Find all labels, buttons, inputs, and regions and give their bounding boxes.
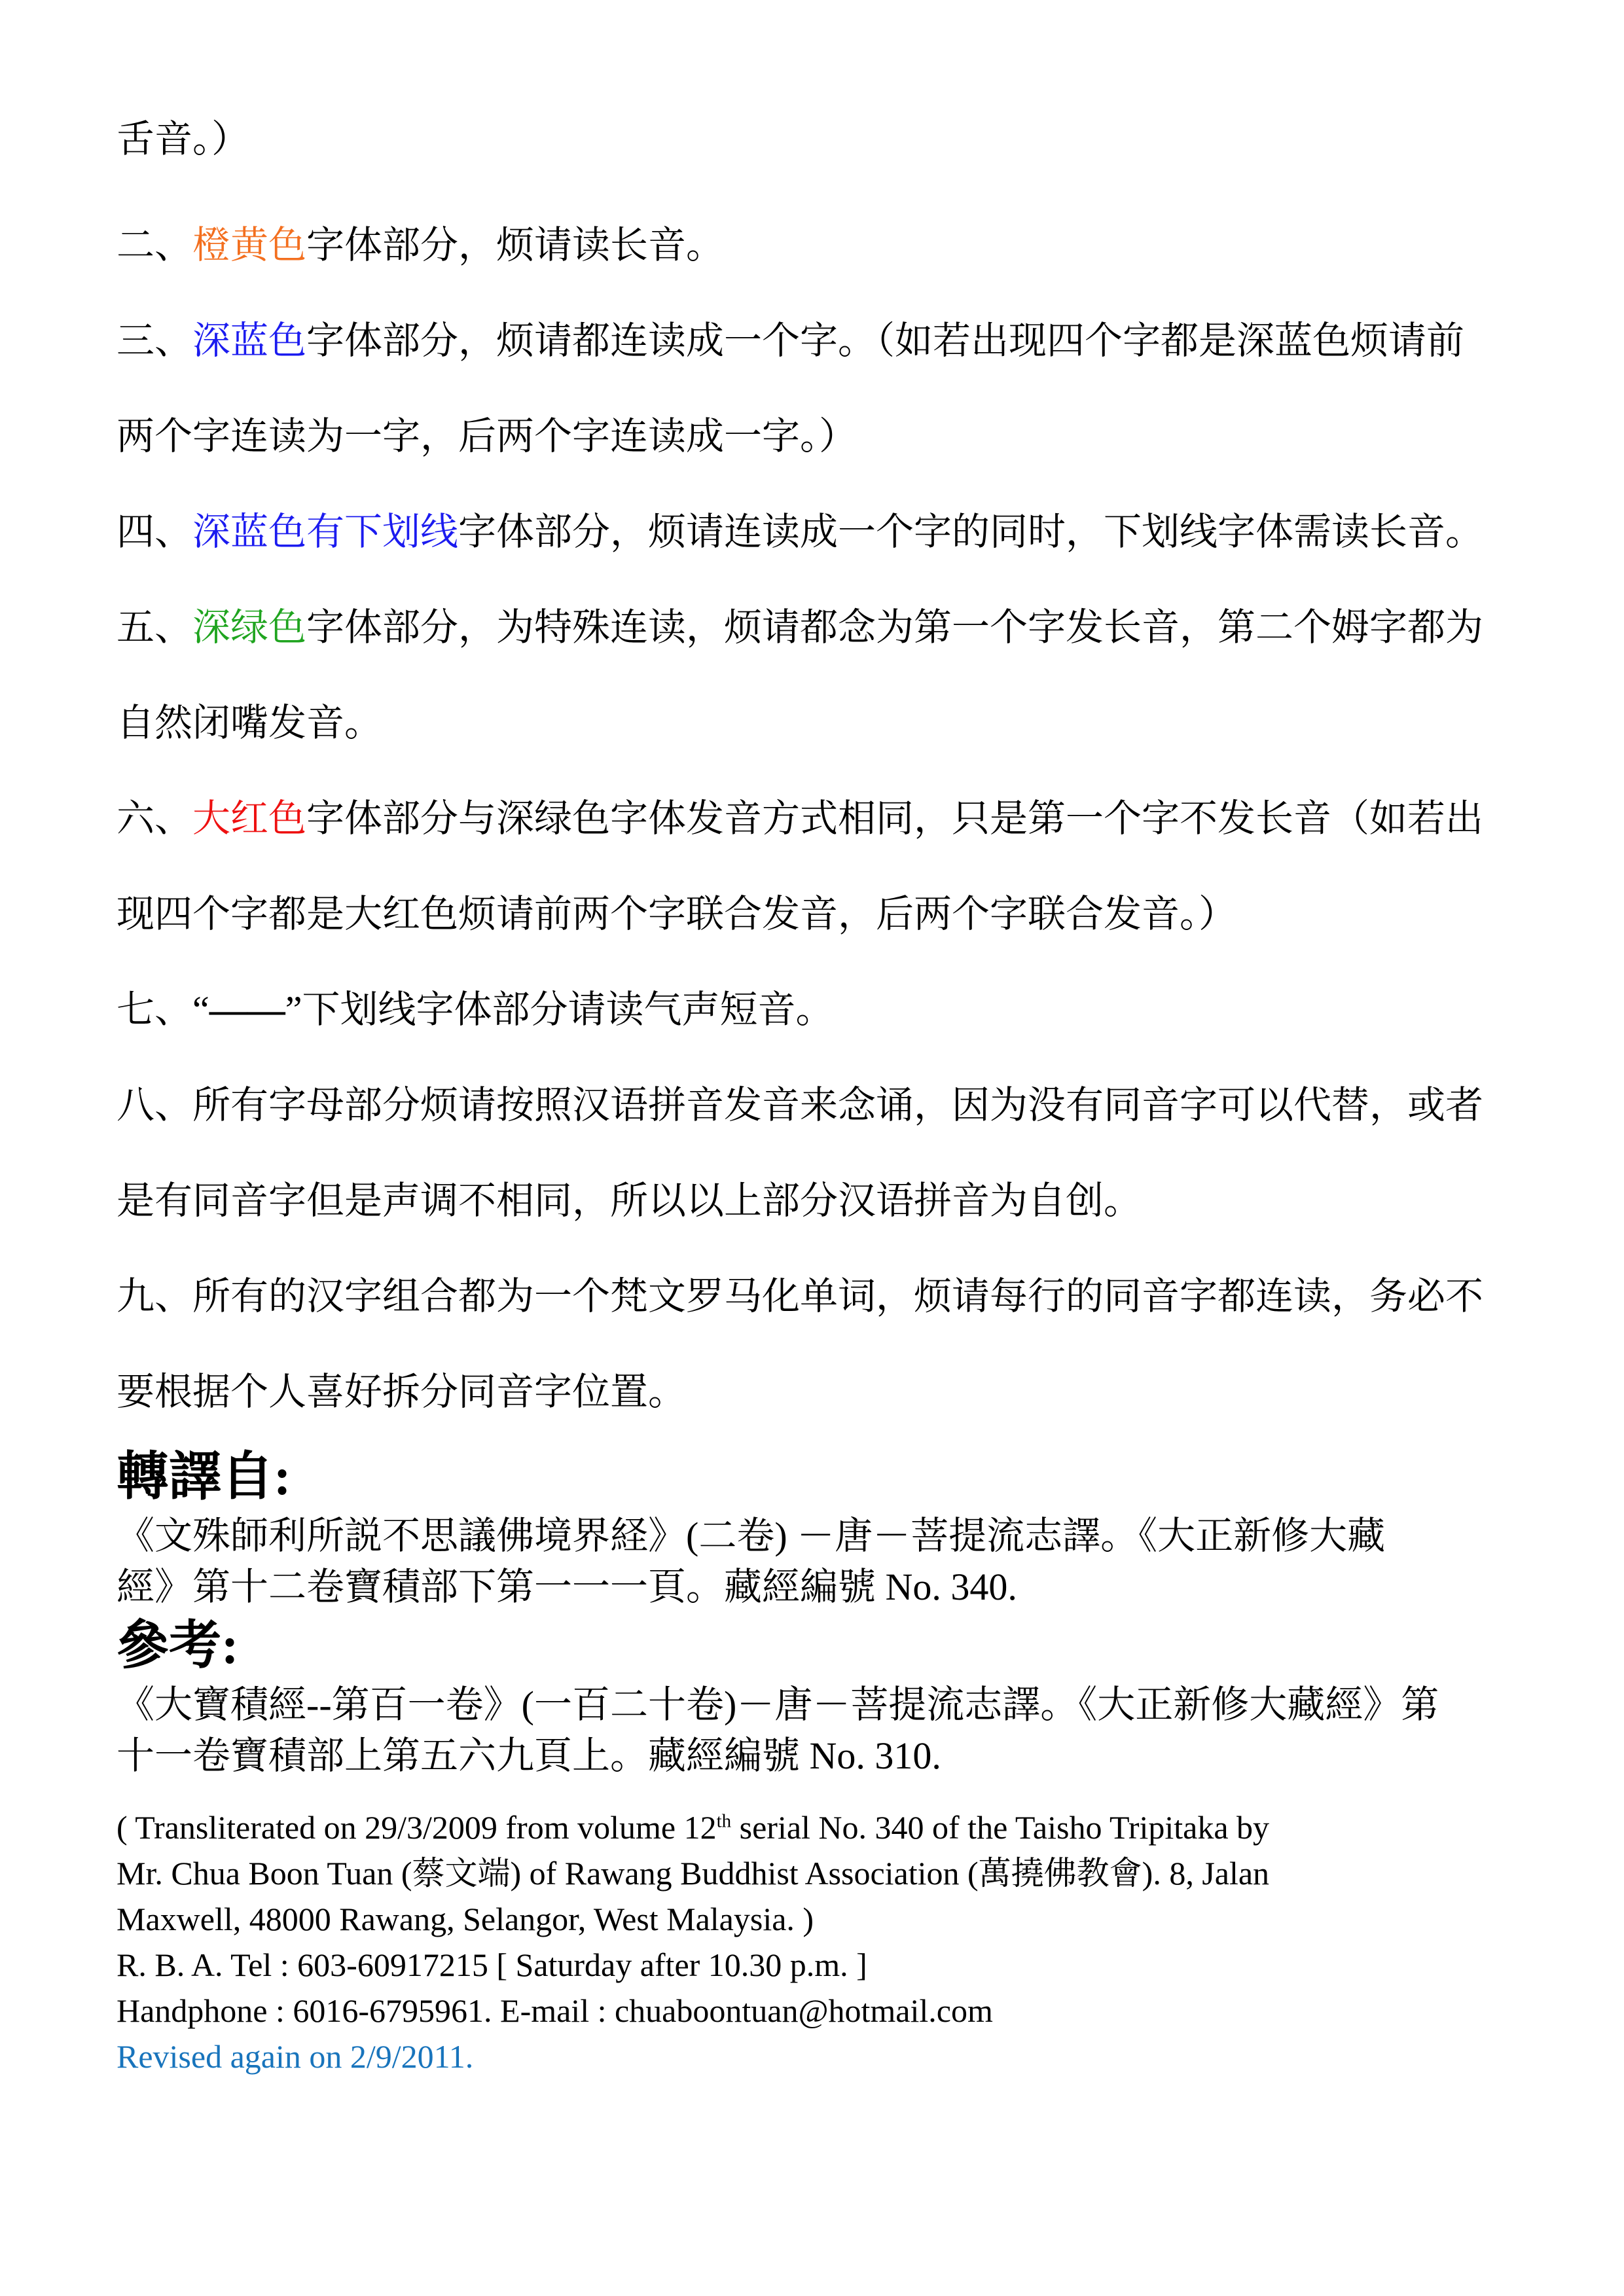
text-segment: 六、: [117, 797, 192, 840]
pronunciation-rules-list: 舌音。）二、橙黄色字体部分，烦请读长音。三、深蓝色字体部分，烦请都连读成一个字。…: [117, 92, 1545, 1440]
text-segment: 字体部分，烦请连读成一个字的同时，下划线字体需读长音。: [458, 511, 1483, 553]
source-attribution-section: 轉譯自:《文殊師利所説不思議佛境界経》(二卷) －唐－菩提流志譯。《大正新修大藏…: [117, 1444, 1545, 1782]
orange-color-term: 橙黄色: [192, 224, 306, 266]
text-segment: 轉譯自:: [117, 1448, 291, 1506]
text-segment: 十一卷寶積部上第五六九頁上。藏經編號 No. 310.: [117, 1734, 941, 1777]
text-segment: 《文殊師利所説不思議佛境界経》(二卷) －唐－菩提流志譯。《大正新修大藏: [117, 1515, 1385, 1557]
text-segment: Handphone : 6016-6795961. E-mail : chuab…: [117, 1992, 993, 2029]
text-segment: 现四个字都是大红色烦请前两个字联合发音，后两个字联合发音。）: [117, 893, 1236, 935]
text-segment: 字体部分，烦请读长音。: [306, 224, 724, 266]
text-segment: 八、所有字母部分烦请按照汉语拼音发音来念诵，因为没有同音字可以代替，或者: [117, 1084, 1483, 1126]
rule-2: 二、橙黄色字体部分，烦请读长音。: [117, 198, 1545, 293]
revision-note: Revised again on 2/9/2011.: [117, 2034, 1545, 2079]
rule-6: 六、大红色字体部分与深绿色字体发音方式相同，只是第一个字不发长音（如若出: [117, 771, 1545, 867]
blue-underline-term: 深蓝色有下划线: [192, 511, 458, 553]
text-segment: 七、“: [117, 988, 209, 1031]
reference-header: 參考:: [117, 1613, 1545, 1679]
reference-line-2: 十一卷寶積部上第五六九頁上。藏經編號 No. 310.: [117, 1731, 1545, 1782]
rule-8: 八、所有字母部分烦请按照汉语拼音发音来念诵，因为没有同音字可以代替，或者: [117, 1058, 1545, 1153]
dash-underline-mark: ——: [209, 988, 285, 1031]
credit-line-2: Mr. Chua Boon Tuan (蔡文端) of Rawang Buddh…: [117, 1850, 1545, 1896]
rule-8-wrap: 是有同音字但是声调不相同，所以以上部分汉语拼音为自创。: [117, 1153, 1545, 1249]
document-page: 舌音。）二、橙黄色字体部分，烦请读长音。三、深蓝色字体部分，烦请都连读成一个字。…: [0, 0, 1624, 2296]
superscript-text: th: [717, 1810, 732, 1831]
text-segment: 三、: [117, 319, 192, 362]
text-segment: 字体部分，烦请都连读成一个字。（如若出现四个字都是深蓝色烦请前: [306, 319, 1464, 362]
text-segment: 經》第十二卷寶積部下第一一一頁。藏經編號 No. 340.: [117, 1566, 1017, 1608]
rule-3-wrap: 两个字连读为一字，后两个字连读成一字。）: [117, 389, 1545, 484]
rule-3: 三、深蓝色字体部分，烦请都连读成一个字。（如若出现四个字都是深蓝色烦请前: [117, 293, 1545, 389]
rule-5: 五、深绿色字体部分，为特殊连读，烦请都念为第一个字发长音，第二个姆字都为: [117, 580, 1545, 675]
green-color-term: 深绿色: [192, 606, 306, 649]
credit-line-1: ( Transliterated on 29/3/2009 from volum…: [117, 1804, 1545, 1850]
rule-9: 九、所有的汉字组合都为一个梵文罗马化单词，烦请每行的同音字都连读，务必不: [117, 1249, 1545, 1344]
text-segment: 五、: [117, 606, 192, 649]
text-segment: 两个字连读为一字，后两个字连读成一字。）: [117, 415, 857, 457]
rule-9-wrap: 要根据个人喜好拆分同音字位置。: [117, 1344, 1545, 1440]
contact-tel-line: R. B. A. Tel : 603-60917215 [ Saturday a…: [117, 1942, 1545, 1988]
text-segment: 是有同音字但是声调不相同，所以以上部分汉语拼音为自创。: [117, 1179, 1142, 1222]
source-header: 轉譯自:: [117, 1444, 1545, 1511]
text-segment: ( Transliterated on 29/3/2009 from volum…: [117, 1809, 717, 1846]
text-segment: 九、所有的汉字组合都为一个梵文罗马化单词，烦请每行的同音字都连读，务必不: [117, 1275, 1483, 1318]
text-segment: 字体部分与深绿色字体发音方式相同，只是第一个字不发长音（如若出: [306, 797, 1483, 840]
source-ref-line-1: 《文殊師利所説不思議佛境界経》(二卷) －唐－菩提流志譯。《大正新修大藏: [117, 1511, 1545, 1562]
text-segment: 要根据个人喜好拆分同音字位置。: [117, 1371, 686, 1413]
credit-line-3: Maxwell, 48000 Rawang, Selangor, West Ma…: [117, 1896, 1545, 1942]
rule-5-wrap: 自然闭嘴发音。: [117, 675, 1545, 771]
text-segment: Maxwell, 48000 Rawang, Selangor, West Ma…: [117, 1901, 814, 1937]
text-segment: R. B. A. Tel : 603-60917215 [ Saturday a…: [117, 1946, 867, 1983]
text-segment: 四、: [117, 511, 192, 553]
transliteration-credits-section: ( Transliterated on 29/3/2009 from volum…: [117, 1804, 1545, 2079]
rule-1-tail: 舌音。）: [117, 92, 1545, 187]
text-segment: 字体部分，为特殊连读，烦请都念为第一个字发长音，第二个姆字都为: [306, 606, 1483, 649]
source-ref-line-2: 經》第十二卷寶積部下第一一一頁。藏經編號 No. 340.: [117, 1562, 1545, 1613]
text-segment: Mr. Chua Boon Tuan (蔡文端) of Rawang Buddh…: [117, 1855, 1269, 1892]
text-segment: 自然闭嘴发音。: [117, 702, 382, 744]
blue-color-term: 深蓝色: [192, 319, 306, 362]
text-segment: 二、: [117, 224, 192, 266]
rule-6-wrap: 现四个字都是大红色烦请前两个字联合发音，后两个字联合发音。）: [117, 867, 1545, 962]
text-segment: serial No. 340 of the Taisho Tripitaka b…: [731, 1809, 1269, 1846]
text-segment: ”下划线字体部分请读气声短音。: [285, 988, 834, 1031]
red-color-term: 大红色: [192, 797, 306, 840]
text-segment: 《大寶積經--第百一卷》(一百二十卷)－唐－菩提流志譯。《大正新修大藏經》第: [117, 1683, 1439, 1726]
contact-handphone-email-line: Handphone : 6016-6795961. E-mail : chuab…: [117, 1988, 1545, 2034]
rule-4: 四、深蓝色有下划线字体部分，烦请连读成一个字的同时，下划线字体需读长音。: [117, 484, 1545, 580]
text-segment: 舌音。）: [117, 118, 249, 160]
rule-7: 七、“——”下划线字体部分请读气声短音。: [117, 962, 1545, 1058]
text-segment: Revised again on 2/9/2011.: [117, 2038, 473, 2075]
text-segment: 參考:: [117, 1617, 239, 1675]
reference-line-1: 《大寶積經--第百一卷》(一百二十卷)－唐－菩提流志譯。《大正新修大藏經》第: [117, 1679, 1545, 1731]
